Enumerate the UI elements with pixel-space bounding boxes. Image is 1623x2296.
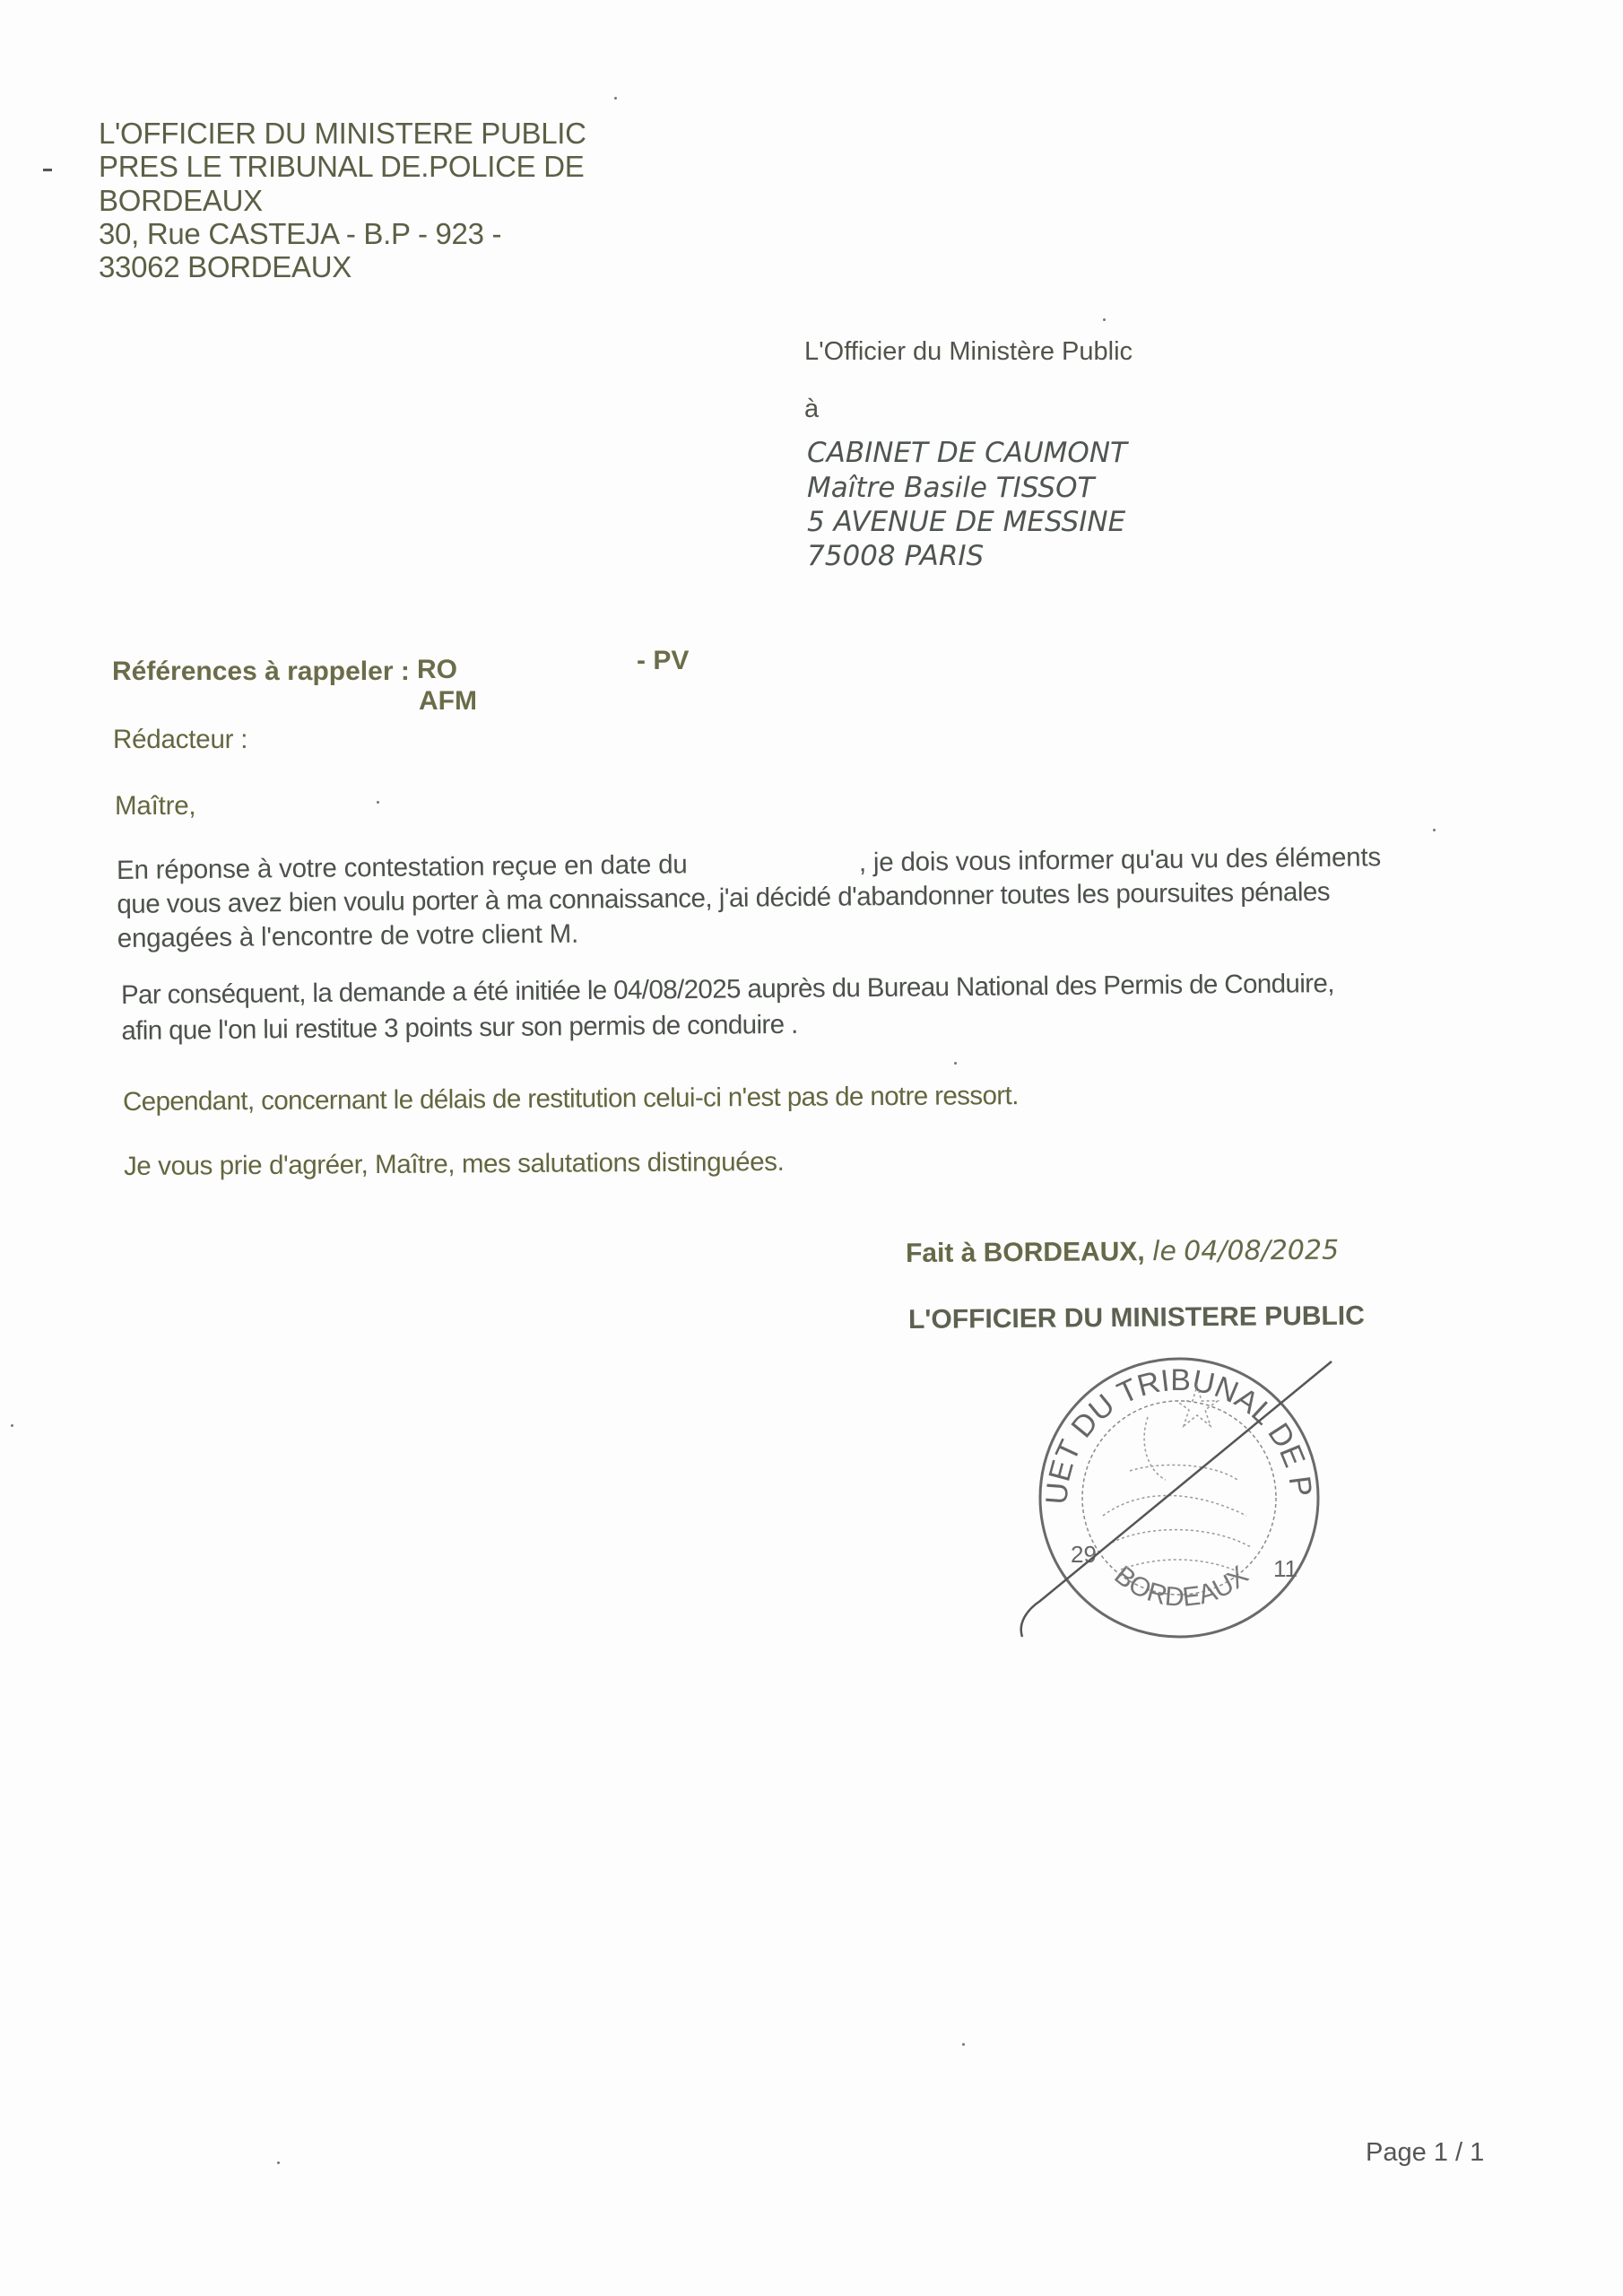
sender-line-1: L'OFFICIER DU MINISTERE PUBLIC <box>99 117 586 150</box>
scan-speck <box>11 1424 13 1427</box>
stamp-bottom-text: BORDEAUX <box>1109 1561 1254 1613</box>
sender-line-4: 30, Rue CASTEJA - B.P - 923 - <box>99 217 501 250</box>
margin-dash-mark <box>43 169 52 171</box>
recipient-line-1: CABINET DE CAUMONT <box>807 436 1127 471</box>
recipient-line-3: 5 AVENUE DE MESSINE <box>807 505 1125 540</box>
sender-line-2: PRES LE TRIBUNAL DE.POLICE DE <box>99 150 584 183</box>
scan-speck <box>1103 318 1106 321</box>
p1-line-1a: En réponse à votre contestation reçue en… <box>117 849 688 886</box>
reference-afm: AFM <box>419 686 477 717</box>
redacteur-label: Rédacteur : <box>113 725 247 755</box>
paragraph-delay: Cependant, concernant le délais de resti… <box>123 1081 1019 1118</box>
sender-line-3: BORDEAUX <box>99 184 263 217</box>
recipient-line-4: 75008 PARIS <box>807 539 984 574</box>
references-label: Références à rappeler : <box>112 657 410 687</box>
signature-title: L'OFFICIER DU MINISTERE PUBLIC <box>908 1301 1365 1335</box>
stamp-emblem-icon <box>1103 1386 1251 1571</box>
signature-place: Fait à BORDEAUX, <box>906 1237 1145 1268</box>
scan-speck <box>377 801 379 804</box>
signature-date: 04/08/2025 <box>1184 1235 1339 1267</box>
p2-line-1: Par conséquent, la demande a été initiée… <box>121 969 1334 1011</box>
reference-ro: RO <box>417 655 457 685</box>
scan-speck <box>962 2043 965 2046</box>
signature-place-date: Fait à BORDEAUX, le 04/08/2025 <box>906 1235 1339 1269</box>
signature-date-prefix: le <box>1152 1236 1176 1267</box>
scan-speck <box>954 1062 957 1065</box>
p2-line-2: afin que l'on lui restitue 3 points sur … <box>121 1010 798 1047</box>
stamp-left-number: 29 <box>1071 1541 1097 1568</box>
page-number: Page 1 / 1 <box>1366 2138 1484 2168</box>
to-label: à <box>804 395 819 424</box>
scan-speck <box>1433 829 1436 831</box>
from-label: L'Officier du Ministère Public <box>804 337 1133 367</box>
p1-line-3: engagées à l'encontre de votre client M. <box>117 919 579 954</box>
official-stamp: PARQUET DU TRIBUNAL DE POLICE BORDEAUX 2… <box>1013 1336 1354 1650</box>
closing-formula: Je vous prie d'agréer, Maître, mes salut… <box>124 1147 785 1182</box>
p1-line-1b: , je dois vous informer qu'au vu des élé… <box>859 842 1381 878</box>
sender-line-5: 33062 BORDEAUX <box>99 250 352 283</box>
reference-pv: - PV <box>637 646 689 676</box>
stamp-top-text: PARQUET DU TRIBUNAL DE POLICE <box>1013 1336 1318 1506</box>
scan-speck <box>614 97 617 100</box>
salutation: Maître, <box>115 791 195 822</box>
scan-speck <box>277 2161 280 2164</box>
recipient-line-2: Maître Basile TISSOT <box>807 471 1094 506</box>
stamp-right-number: 11 <box>1273 1555 1298 1582</box>
